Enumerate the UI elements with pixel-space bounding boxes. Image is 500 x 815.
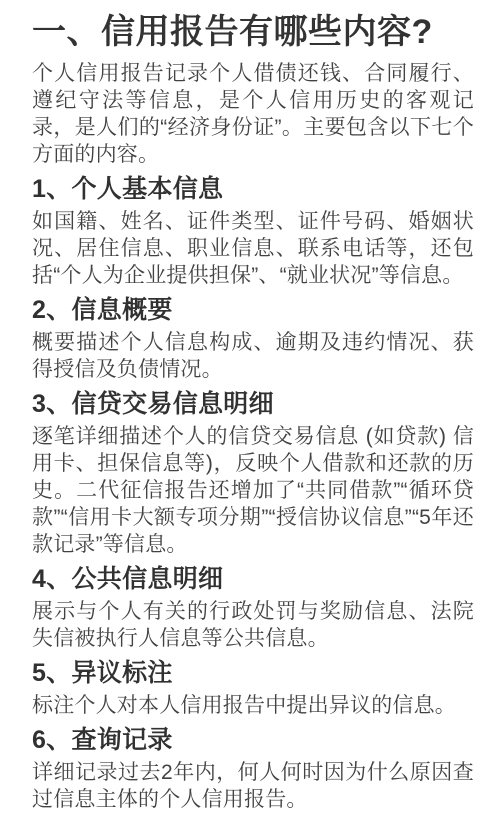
intro-paragraph: 个人信用报告记录个人借债还钱、合同履行、遵纪守法等信息，是个人信用历史的客观记录… (32, 60, 474, 168)
section-info-summary: 2、信息概要 概要描述个人信息构成、逾期及违约情况、获得授信及负债情况。 (32, 295, 474, 383)
credit-report-article: 一、信用报告有哪些内容? 个人信用报告记录个人借债还钱、合同履行、遵纪守法等信息… (0, 0, 500, 815)
section-body: 如国籍、姓名、证件类型、证件号码、婚姻状况、居住信息、职业信息、联系电话等，还包… (32, 208, 474, 289)
section-dispute-annotation: 5、异议标注 标注个人对本人信用报告中提出异议的信息。 (32, 658, 474, 719)
section-body: 概要描述个人信息构成、逾期及违约情况、获得授信及负债情况。 (32, 329, 474, 383)
section-heading: 5、异议标注 (32, 658, 474, 688)
page-title: 一、信用报告有哪些内容? (32, 10, 474, 54)
section-heading: 3、信贷交易信息明细 (32, 389, 474, 419)
section-body: 详细记录过去2年内，何人何时因为什么原因查过信息主体的个人信用报告。 (32, 759, 474, 813)
section-heading: 2、信息概要 (32, 295, 474, 325)
section-heading: 1、个人基本信息 (32, 174, 474, 204)
section-body: 标注个人对本人信用报告中提出异议的信息。 (32, 692, 474, 719)
section-body: 展示与个人有关的行政处罚与奖励信息、法院失信被执行人信息等公共信息。 (32, 598, 474, 652)
section-heading: 4、公共信息明细 (32, 564, 474, 594)
section-public-info-detail: 4、公共信息明细 展示与个人有关的行政处罚与奖励信息、法院失信被执行人信息等公共… (32, 564, 474, 652)
section-credit-transaction-detail: 3、信贷交易信息明细 逐笔详细描述个人的信贷交易信息 (如贷款) 信用卡、担保信… (32, 389, 474, 558)
section-body: 逐笔详细描述个人的信贷交易信息 (如贷款) 信用卡、担保信息等)，反映个人借款和… (32, 423, 474, 558)
section-personal-basic-info: 1、个人基本信息 如国籍、姓名、证件类型、证件号码、婚姻状况、居住信息、职业信息… (32, 174, 474, 289)
section-inquiry-records: 6、查询记录 详细记录过去2年内，何人何时因为什么原因查过信息主体的个人信用报告… (32, 725, 474, 813)
section-heading: 6、查询记录 (32, 725, 474, 755)
